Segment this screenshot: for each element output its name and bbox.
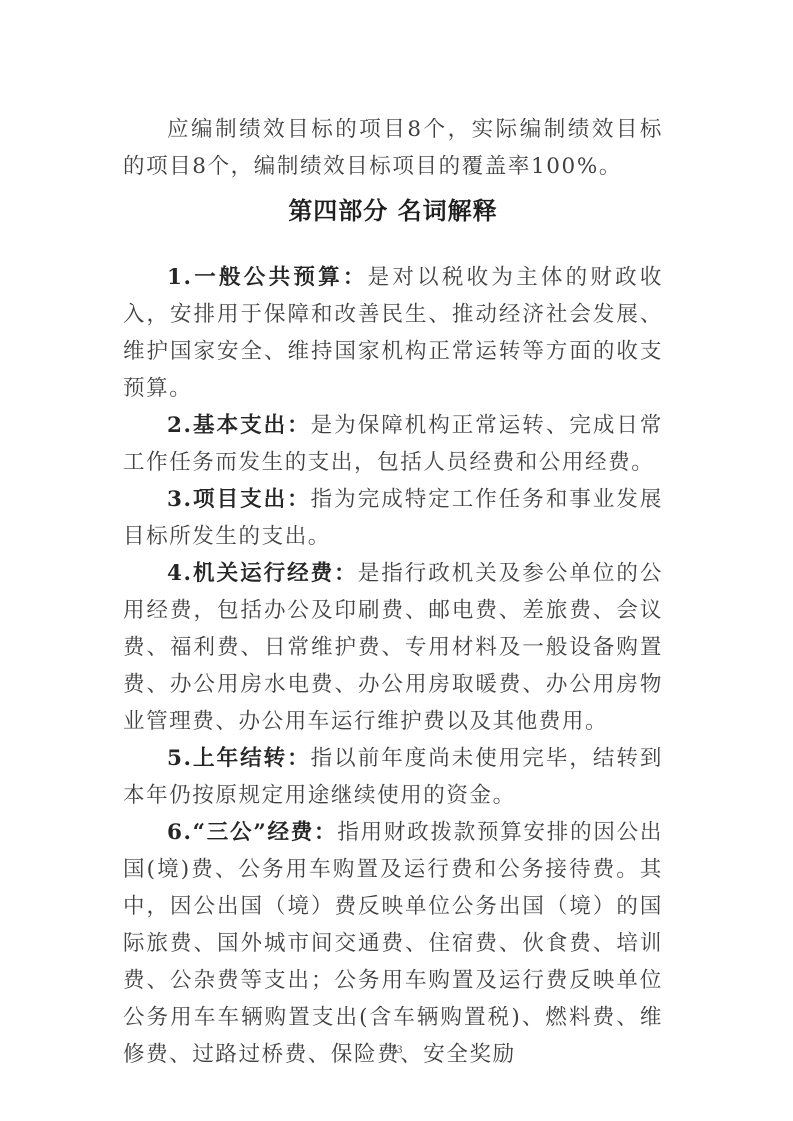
definition-project-expenditure: 3.项目支出：指为完成特定工作任务和事业发展目标所发生的支出。 xyxy=(123,481,663,555)
definition-term: 2.基本支出： xyxy=(167,413,311,438)
definition-carryover: 5.上年结转：指以前年度尚未使用完毕，结转到本年仍按原规定用途继续使用的资金。 xyxy=(123,740,663,814)
section-title: 第四部分 名词解释 xyxy=(123,191,663,231)
document-page: 应编制绩效目标的项目8个，实际编制绩效目标的项目8个，编制绩效目标项目的覆盖率1… xyxy=(123,111,663,1073)
definition-term: 4.机关运行经费： xyxy=(167,561,358,586)
intro-paragraph: 应编制绩效目标的项目8个，实际编制绩效目标的项目8个，编制绩效目标项目的覆盖率1… xyxy=(123,111,663,185)
definition-three-public-expenses: 6.“三公”经费：指用财政拨款预算安排的因公出国(境)费、公务用车购置及运行费和… xyxy=(123,814,663,1073)
definition-text: 是指行政机关及参公单位的公用经费，包括办公及印刷费、邮电费、差旅费、会议费、福利… xyxy=(123,561,663,734)
definition-term: 5.上年结转： xyxy=(167,746,311,771)
page-number: 13 xyxy=(0,1042,793,1057)
definition-term: 3.项目支出： xyxy=(167,487,311,512)
definition-general-public-budget: 1.一般公共预算：是对以税收为主体的财政收入，安排用于保障和改善民生、推动经济社… xyxy=(123,259,663,407)
definition-text: 指用财政拨款预算安排的因公出国(境)费、公务用车购置及运行费和公务接待费。其中，… xyxy=(123,820,663,1067)
definition-basic-expenditure: 2.基本支出：是为保障机构正常运转、完成日常工作任务而发生的支出，包括人员经费和… xyxy=(123,407,663,481)
definition-term: 1.一般公共预算： xyxy=(167,265,368,290)
definition-term: 6.“三公”经费： xyxy=(167,820,337,845)
definition-operating-funds: 4.机关运行经费：是指行政机关及参公单位的公用经费，包括办公及印刷费、邮电费、差… xyxy=(123,555,663,740)
